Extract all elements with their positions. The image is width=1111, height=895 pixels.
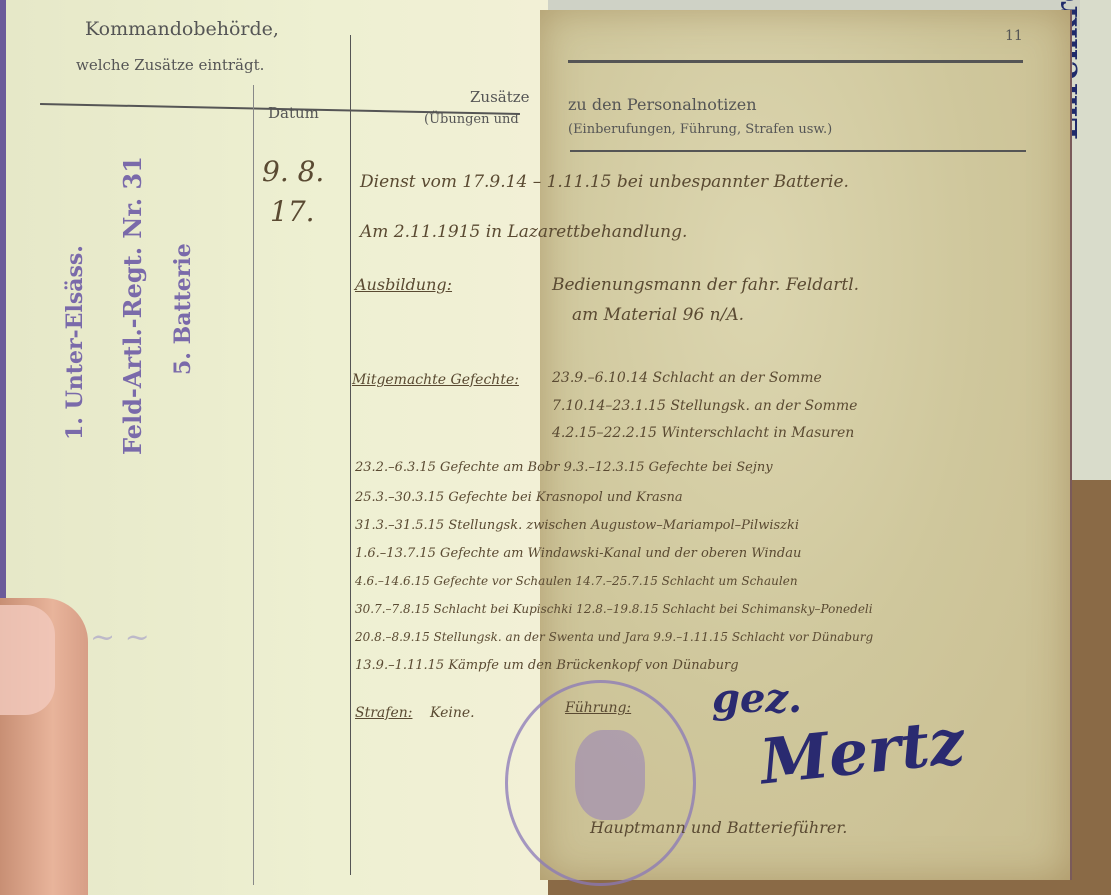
date-entry: 17. bbox=[270, 195, 315, 228]
battle-entry: 7.10.14–23.1.15 Stellungsk. an der Somme bbox=[552, 398, 857, 414]
battle-entry: 20.8.–8.9.15 Stellungsk. an der Swenta u… bbox=[355, 630, 873, 644]
header-authority-sub: welche Zusätze einträgt. bbox=[76, 56, 264, 74]
page-number: 11 bbox=[1005, 28, 1023, 44]
header-rule-top bbox=[568, 60, 1023, 63]
battle-entry: 23.2.–6.3.15 Gefechte am Bobr 9.3.–12.3.… bbox=[355, 460, 773, 475]
header-additions: Zusätze bbox=[470, 88, 530, 106]
battle-entry: 31.3.–31.5.15 Stellungsk. zwischen Augus… bbox=[355, 518, 799, 533]
column-divider bbox=[350, 35, 351, 875]
date-column-divider bbox=[253, 85, 254, 885]
battle-entry: 1.6.–13.7.15 Gefechte am Windawski-Kanal… bbox=[355, 546, 801, 561]
battle-entry: 30.7.–7.8.15 Schlacht bei Kupischki 12.8… bbox=[355, 602, 873, 616]
battle-entry: 4.2.15–22.2.15 Winterschlacht in Masuren bbox=[552, 425, 854, 441]
battle-entry: 25.3.–30.3.15 Gefechte bei Krasnopol und… bbox=[355, 490, 683, 505]
label-training: Ausbildung: bbox=[355, 275, 452, 294]
date-entry: 9. 8. bbox=[262, 155, 324, 188]
battle-entry: 4.6.–14.6.15 Gefechte vor Schaulen 14.7.… bbox=[355, 574, 798, 588]
signature-title: Hauptmann und Batterieführer. bbox=[590, 818, 847, 837]
entry-service: Dienst vom 17.9.14 – 1.11.15 bei unbespa… bbox=[360, 172, 849, 192]
entry-hospital: Am 2.11.1915 in Lazarettbehandlung. bbox=[360, 222, 687, 242]
entry-punishments: Keine. bbox=[430, 705, 475, 721]
battle-entry: 23.9.–6.10.14 Schlacht an der Somme bbox=[552, 370, 822, 386]
thumbnail bbox=[0, 605, 55, 715]
header-additions-sub: (Übungen und bbox=[424, 112, 519, 127]
header-title: zu den Personalnotizen bbox=[568, 95, 757, 114]
header-authority: Kommandobehörde, bbox=[85, 18, 279, 40]
label-battles: Mitgemachte Gefechte: bbox=[352, 372, 519, 388]
battle-entry: 13.9.–1.11.15 Kämpfe um den Brückenkopf … bbox=[355, 658, 739, 673]
unit-stamp-line3: 5. Batterie bbox=[170, 185, 196, 375]
seal-eagle bbox=[575, 730, 645, 820]
label-punishments: Strafen: bbox=[355, 705, 412, 721]
unit-stamp-line1: 1. Unter-Elsäss. bbox=[62, 140, 88, 440]
header-date: Datum bbox=[268, 104, 319, 122]
bleed-through-ink: ~ ~ bbox=[90, 620, 150, 655]
signature-prefix: gez. bbox=[712, 675, 802, 722]
unit-stamp-line2: Feld-Artl.-Regt. Nr. 31 bbox=[118, 95, 147, 455]
entry-training: Bedienungsmann der fahr. Feldartl. bbox=[552, 275, 859, 295]
header-rule-bottom bbox=[570, 150, 1026, 152]
entry-training-2: am Material 96 n/A. bbox=[572, 305, 744, 325]
header-sub: (Einberufungen, Führung, Strafen usw.) bbox=[568, 122, 832, 137]
